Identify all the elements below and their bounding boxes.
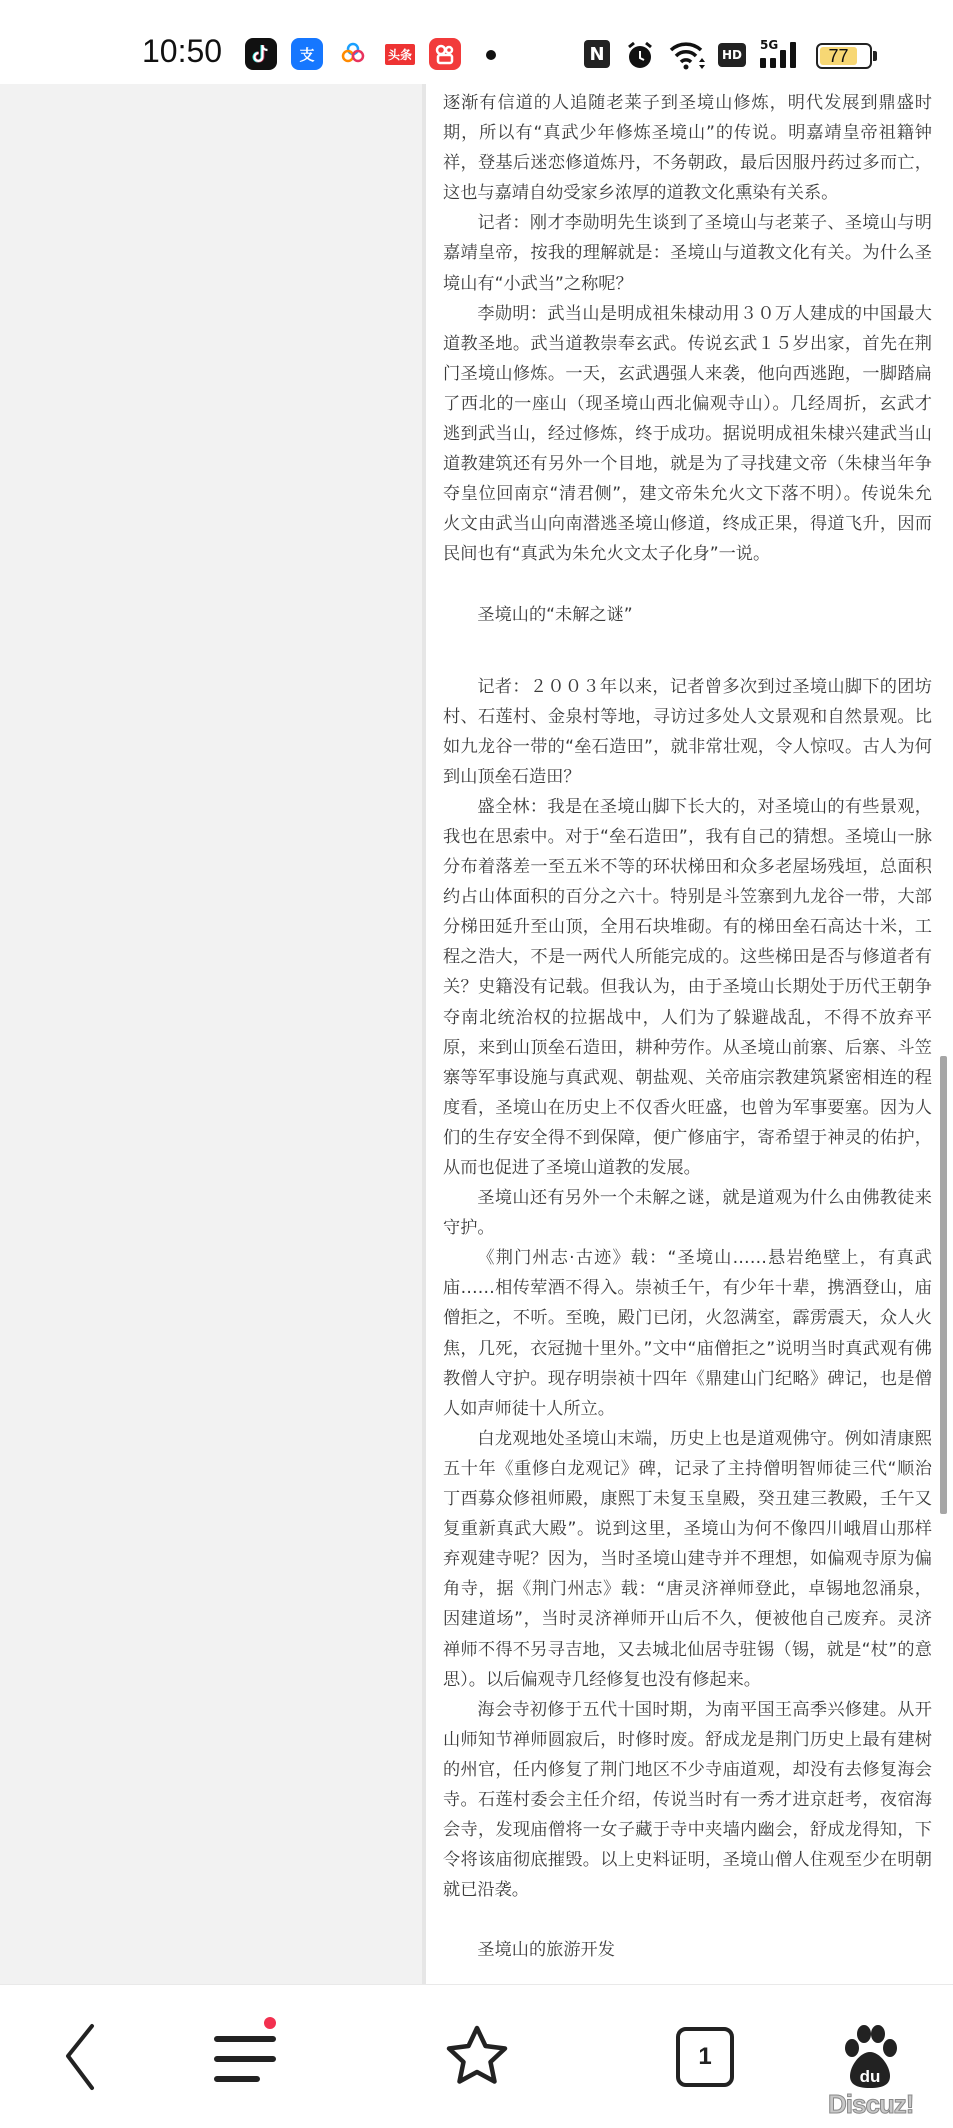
- tabs-icon: 1: [676, 2027, 734, 2087]
- article-content[interactable]: 里，依附老莱子在圣境山下开设书馆，著书立说，自建张老庙及宅院，后来 逐渐有信道的…: [426, 62, 946, 1985]
- spacer: [443, 630, 932, 660]
- bottom-navigation-bar: 1 du: [0, 1985, 953, 2128]
- spacer: [443, 570, 932, 600]
- more-notifications-dot: [486, 50, 496, 60]
- battery-indicator: 77: [816, 43, 872, 69]
- article-paragraph: 白龙观地处圣境山末端，历史上也是道观佛守。例如清康熙五十年《重修白龙观记》碑，记…: [443, 1424, 932, 1695]
- article-paragraph: 李勋明：武当山是明成祖朱棣动用３０万人建成的中国最大道教圣地。武当道教崇奉玄武。…: [443, 299, 932, 570]
- alarm-icon: [625, 40, 655, 70]
- tab-count: 1: [698, 2043, 711, 2071]
- wifi-icon: [668, 40, 708, 70]
- menu-button[interactable]: [200, 1985, 290, 2128]
- battery-tip: [873, 51, 877, 61]
- section-heading: 圣境山的“未解之谜”: [443, 600, 932, 630]
- star-icon: [443, 2024, 511, 2090]
- article-paragraph: 圣境山还有另外一个未解之谜，就是道观为什么由佛教徒来守护。: [443, 1183, 932, 1243]
- discuz-watermark: Discuz!: [828, 2089, 913, 2120]
- article-paragraph: 逐渐有信道的人追随老莱子到圣境山修炼，明代发展到鼎盛时期，所以有“真武少年修炼圣…: [443, 88, 932, 208]
- article-paragraph: 盛全林：我是在圣境山脚下长大的，对圣境山的有些景观，我也在思索中。对于“垒石造田…: [443, 792, 932, 1183]
- signal-5g-icon: 5G: [760, 40, 804, 70]
- kuaishou-notification-icon: [429, 38, 461, 70]
- svg-text:du: du: [860, 2067, 881, 2086]
- article-paragraph: 记者：２００３年以来，记者曾多次到过圣境山脚下的团坊村、石莲村、金泉村等地，寻访…: [443, 672, 932, 792]
- baidu-paw-icon: du: [838, 2022, 902, 2092]
- spacer: [443, 660, 932, 672]
- battery-level: 77: [820, 47, 857, 65]
- douyin-notification-icon: [245, 38, 277, 70]
- tabs-button[interactable]: 1: [660, 1985, 750, 2128]
- alipay-notification-icon: 支: [291, 38, 323, 70]
- article-paragraph: 记者：刚才李勋明先生谈到了圣境山与老莱子、圣境山与明嘉靖皇帝，按我的理解就是：圣…: [443, 208, 932, 298]
- article-paragraph: 海会寺初修于五代十国时期，为南平国王高季兴修建。从开山师知节禅师圆寂后，时修时废…: [443, 1695, 932, 1906]
- status-bar: 10:50 支 头条 N HD 5G 77: [0, 0, 953, 84]
- back-button[interactable]: [40, 1985, 120, 2128]
- nfc-icon: N: [584, 40, 610, 68]
- menu-notification-badge: [264, 2017, 276, 2029]
- scrollbar-thumb[interactable]: [940, 1056, 947, 1514]
- spacer: [443, 1905, 932, 1935]
- toutiao-notification-icon: 头条: [384, 38, 416, 70]
- chevron-left-icon: [60, 2022, 100, 2092]
- bookmark-button[interactable]: [432, 1985, 522, 2128]
- left-side-panel: [0, 84, 422, 1985]
- section-heading: 圣境山的旅游开发: [443, 1935, 932, 1965]
- hd-voice-icon: HD: [718, 43, 746, 67]
- status-time: 10:50: [142, 33, 222, 70]
- cloud-app-notification-icon: [337, 38, 369, 70]
- article-paragraph: 《荆门州志·古迹》载：“圣境山……悬岩绝壁上，有真武庙……相传荤酒不得入。崇祯壬…: [443, 1243, 932, 1424]
- menu-icon: [213, 2025, 277, 2089]
